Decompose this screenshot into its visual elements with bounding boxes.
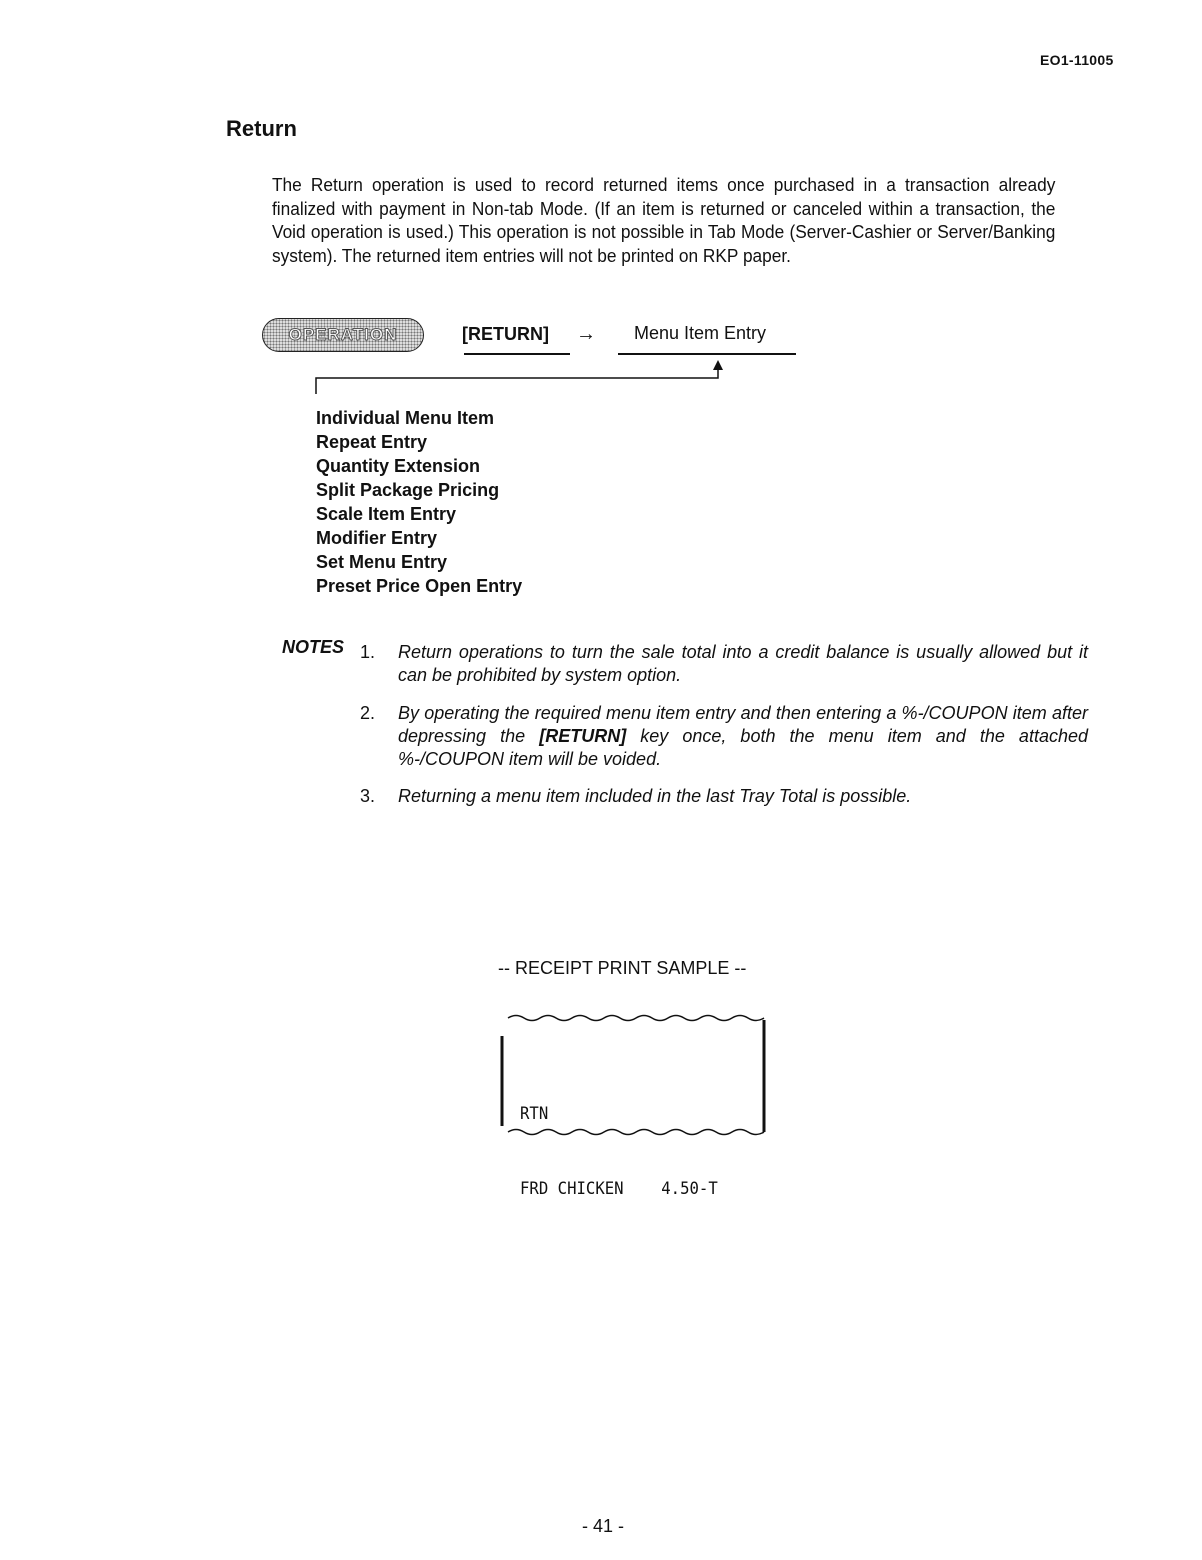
arrow-right-icon: → <box>576 323 596 346</box>
return-key-label: [RETURN] <box>462 324 549 345</box>
note-text: Returning a menu item included in the la… <box>398 785 1088 808</box>
section-title: Return <box>226 116 297 142</box>
page-number: - 41 - <box>582 1516 624 1537</box>
list-item: Scale Item Entry <box>316 502 522 526</box>
menu-item-entry-label: Menu Item Entry <box>634 323 766 344</box>
list-item: Modifier Entry <box>316 526 522 550</box>
note-number: 1. <box>360 641 375 664</box>
intro-paragraph: The Return operation is used to record r… <box>272 174 1055 268</box>
document-number: EO1-11005 <box>1040 52 1114 68</box>
loop-back-arrow-icon <box>314 358 734 398</box>
menu-item-entry-underline <box>618 353 796 355</box>
receipt-sample-title: -- RECEIPT PRINT SAMPLE -- <box>498 958 746 979</box>
receipt-line: RTN <box>520 1102 718 1127</box>
receipt-lines: RTN FRD CHICKEN 4.50-T <box>520 1052 718 1227</box>
return-key-reference: [RETURN] <box>539 726 626 746</box>
receipt-line: FRD CHICKEN 4.50-T <box>520 1177 718 1202</box>
list-item: Repeat Entry <box>316 430 522 454</box>
operation-badge: OPERATION <box>262 318 424 352</box>
return-key-underline <box>464 353 570 355</box>
list-item: Set Menu Entry <box>316 550 522 574</box>
notes-label: NOTES <box>282 637 344 658</box>
note-number: 3. <box>360 785 375 808</box>
note-text: Return operations to turn the sale total… <box>398 641 1088 687</box>
list-item: Individual Menu Item <box>316 406 522 430</box>
note-number: 2. <box>360 702 375 725</box>
list-item: Quantity Extension <box>316 454 522 478</box>
note-text: By operating the required menu item entr… <box>398 702 1088 771</box>
list-item: Split Package Pricing <box>316 478 522 502</box>
menu-entry-types-list: Individual Menu Item Repeat Entry Quanti… <box>316 406 522 598</box>
list-item: Preset Price Open Entry <box>316 574 522 598</box>
